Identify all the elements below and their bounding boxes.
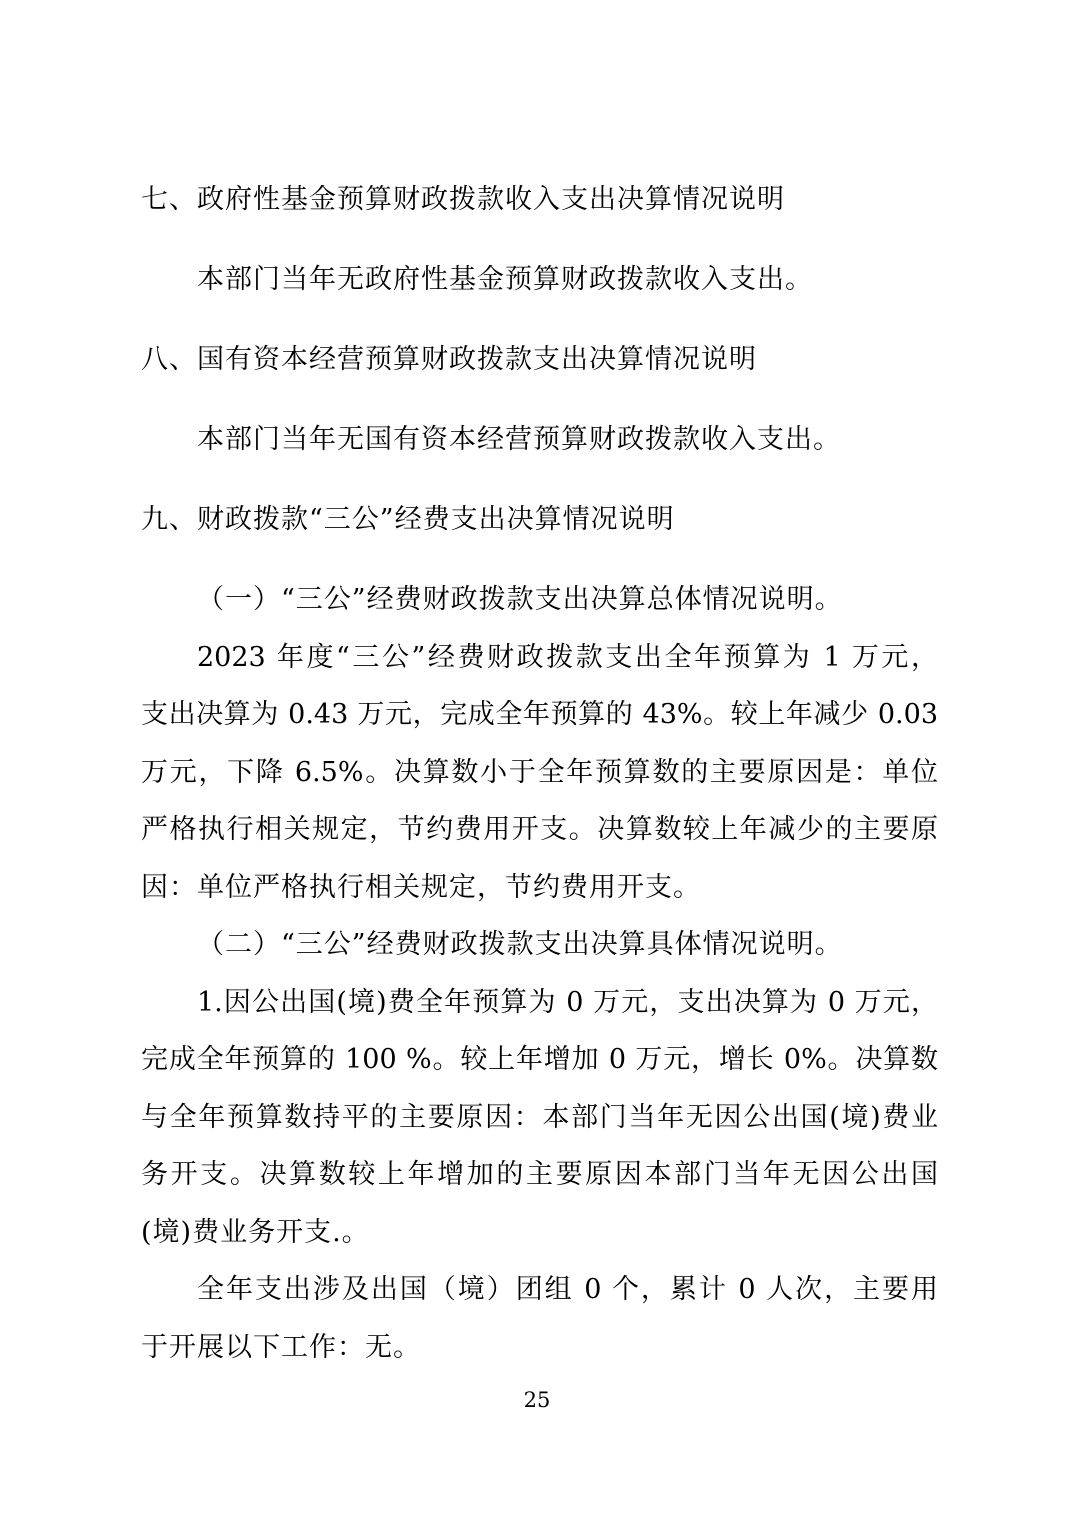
document-page: 七、政府性基金预算财政拨款收入支出决算情况说明 本部门当年无政府性基金预算财政拨… [0,0,1074,1520]
para-abroad-line-5: (境)费业务开支.。 [141,1215,938,1273]
subsection-two-title: （二）“三公”经费财政拨款支出决算具体情况说明。 [141,927,938,985]
para-groups-line-1: 全年支出涉及出国（境）团组 0 个，累计 0 人次，主要用 [141,1272,938,1330]
heading-section-seven: 七、政府性基金预算财政拨款收入支出决算情况说明 [141,182,938,262]
para-overall-line-4: 严格执行相关规定，节约费用开支。决算数较上年减少的主要原 [141,812,938,870]
para-abroad-line-3: 与全年预算数持平的主要原因：本部门当年无因公出国(境)费业 [141,1100,938,1158]
subsection-one-title: （一）“三公”经费财政拨款支出决算总体情况说明。 [141,582,938,640]
para-abroad-line-2: 完成全年预算的 100 %。较上年增加 0 万元，增长 0%。决算数 [141,1042,938,1100]
para-overall-line-1: 2023 年度“三公”经费财政拨款支出全年预算为 1 万元， [141,640,938,698]
document-body: 七、政府性基金预算财政拨款收入支出决算情况说明 本部门当年无政府性基金预算财政拨… [141,182,938,1387]
para-state-capital-none: 本部门当年无国有资本经营预算财政拨款收入支出。 [141,422,938,502]
heading-section-eight: 八、国有资本经营预算财政拨款支出决算情况说明 [141,342,938,422]
heading-section-nine: 九、财政拨款“三公”经费支出决算情况说明 [141,502,938,582]
para-groups-line-2: 于开展以下工作：无。 [141,1330,938,1388]
para-gov-fund-none: 本部门当年无政府性基金预算财政拨款收入支出。 [141,262,938,342]
para-overall-line-5: 因：单位严格执行相关规定，节约费用开支。 [141,870,938,928]
para-overall-line-2: 支出决算为 0.43 万元，完成全年预算的 43%。较上年减少 0.03 [141,697,938,755]
para-abroad-line-1: 1.因公出国(境)费全年预算为 0 万元，支出决算为 0 万元， [141,985,938,1043]
page-number: 25 [0,1386,1074,1414]
para-overall-line-3: 万元，下降 6.5%。决算数小于全年预算数的主要原因是：单位 [141,755,938,813]
para-abroad-line-4: 务开支。决算数较上年增加的主要原因本部门当年无因公出国 [141,1157,938,1215]
